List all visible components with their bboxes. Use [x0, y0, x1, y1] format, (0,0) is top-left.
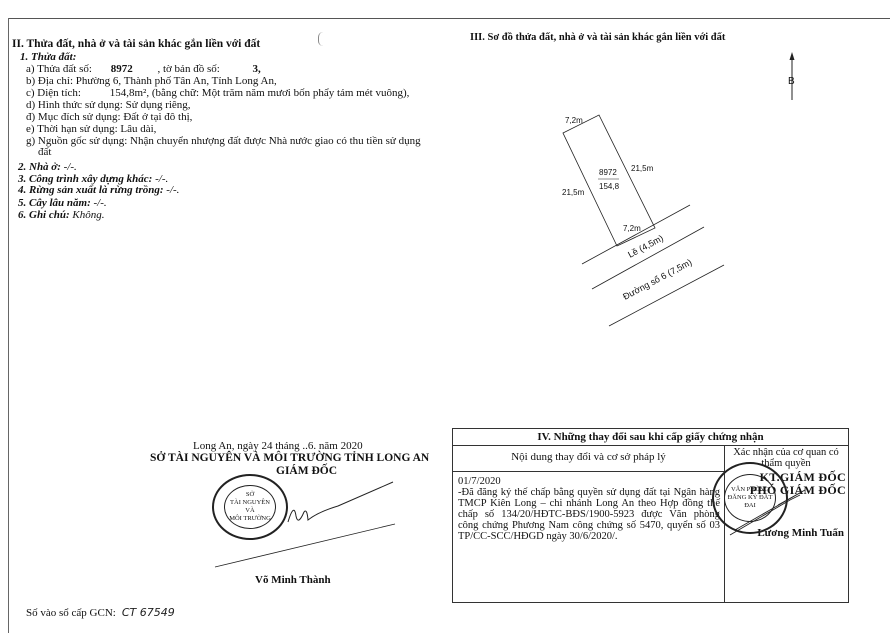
parcel-area: 154,8 [599, 182, 620, 191]
official-stamp-left: SỞ TÀI NGUYÊN VÀ MÔI TRƯỜNG [212, 474, 288, 540]
north-label: B [788, 76, 795, 87]
signer-name-left: Võ Minh Thành [255, 574, 331, 586]
stray-pen-mark [318, 32, 323, 46]
place-date: Long An, ngày 24 tháng ..6. năm 2020 [193, 440, 363, 452]
change-entry: 01/7/2020 -Đã đăng ký thế chấp bằng quyề… [458, 476, 720, 542]
road-far-edge-line [609, 265, 724, 326]
land-number-label: a) Thửa đất số: [26, 63, 92, 75]
parcel-number: 8972 [599, 168, 617, 177]
land-use-term: e) Thời hạn sử dụng: Lâu dài, [26, 123, 156, 135]
land-origin-line2: đất [38, 146, 51, 158]
registry-value: CT 67549 [122, 606, 175, 619]
issuing-organization: SỞ TÀI NGUYÊN VÀ MÔI TRƯỜNG TỈNH LONG AN [150, 452, 429, 464]
dim-top: 7,2m [565, 116, 583, 125]
road-edge-line [592, 227, 704, 289]
item-notes: 6. Ghi chú: Không. [18, 209, 105, 221]
parcel-outline [563, 115, 655, 246]
signer-title: GIÁM ĐỐC [276, 465, 337, 477]
land-area-row: c) Diện tích: 154,8m², (bằng chữ: Một tr… [26, 87, 409, 99]
registry-number-row: Số vào sổ cấp GCN:CT 67549 [26, 606, 175, 619]
land-area-label: c) Diện tích: [26, 87, 81, 99]
north-arrow-icon [790, 52, 795, 100]
section-iii-title: III. Sơ đồ thửa đất, nhà ở và tài sản kh… [470, 32, 725, 43]
page-border-left [8, 18, 9, 633]
item-house: 2. Nhà ở: -/-. [18, 161, 77, 173]
land-origin-line1: g) Nguồn gốc sử dụng: Nhận chuyển nhượng… [26, 135, 421, 147]
change-entry-text: -Đã đăng ký thế chấp bằng quyền sử dụng … [458, 487, 720, 542]
land-use-purpose: đ) Mục đích sử dụng: Đất ở tại đô thị, [26, 111, 192, 123]
item-plantation-forest: 4. Rừng sản xuất là rừng trồng: -/-. [18, 184, 179, 196]
changes-table-title: IV. Những thay đổi sau khi cấp giấy chứn… [453, 429, 848, 446]
land-use-form: d) Hình thức sử dụng: Sử dụng riêng, [26, 99, 191, 111]
dim-left: 21,5m [562, 188, 585, 197]
land-number-value: 8972 [111, 63, 133, 75]
sidewalk-label: Lề (4,5m) [626, 233, 665, 260]
page-border-top [8, 18, 890, 19]
land-number-row: a) Thửa đất số: 8972 , tờ bản đồ số: 3, [26, 63, 261, 75]
changes-column-header: Nội dung thay đổi và cơ sở pháp lý [453, 445, 724, 472]
registry-label: Số vào sổ cấp GCN: [26, 607, 116, 619]
item-perennial-trees: 5. Cây lâu năm: -/-. [18, 197, 107, 209]
map-sheet-value: 3, [253, 63, 261, 75]
road-label: Đường số 6 (7,5m) [621, 257, 693, 302]
land-area-value: 154,8m², (bằng chữ: Một trăm năm mươi bố… [110, 87, 410, 99]
dim-bottom: 7,2m [623, 224, 641, 233]
dim-right: 21,5m [631, 164, 654, 173]
land-heading: 1. Thửa đất: [20, 51, 76, 63]
land-address: b) Địa chỉ: Phường 6, Thành phố Tân An, … [26, 75, 277, 87]
map-sheet-label: , tờ bản đồ số: [157, 63, 219, 75]
changes-table: IV. Những thay đổi sau khi cấp giấy chứn… [452, 428, 849, 603]
sidewalk-edge-line [582, 205, 690, 264]
change-entry-date: 01/7/2020 [458, 476, 720, 487]
section-ii-title: II. Thửa đất, nhà ở và tài sản khác gắn … [12, 38, 260, 50]
official-stamp-right: VĂN PHÒNG ĐĂNG KÝ ĐẤT ĐAI [712, 462, 788, 534]
